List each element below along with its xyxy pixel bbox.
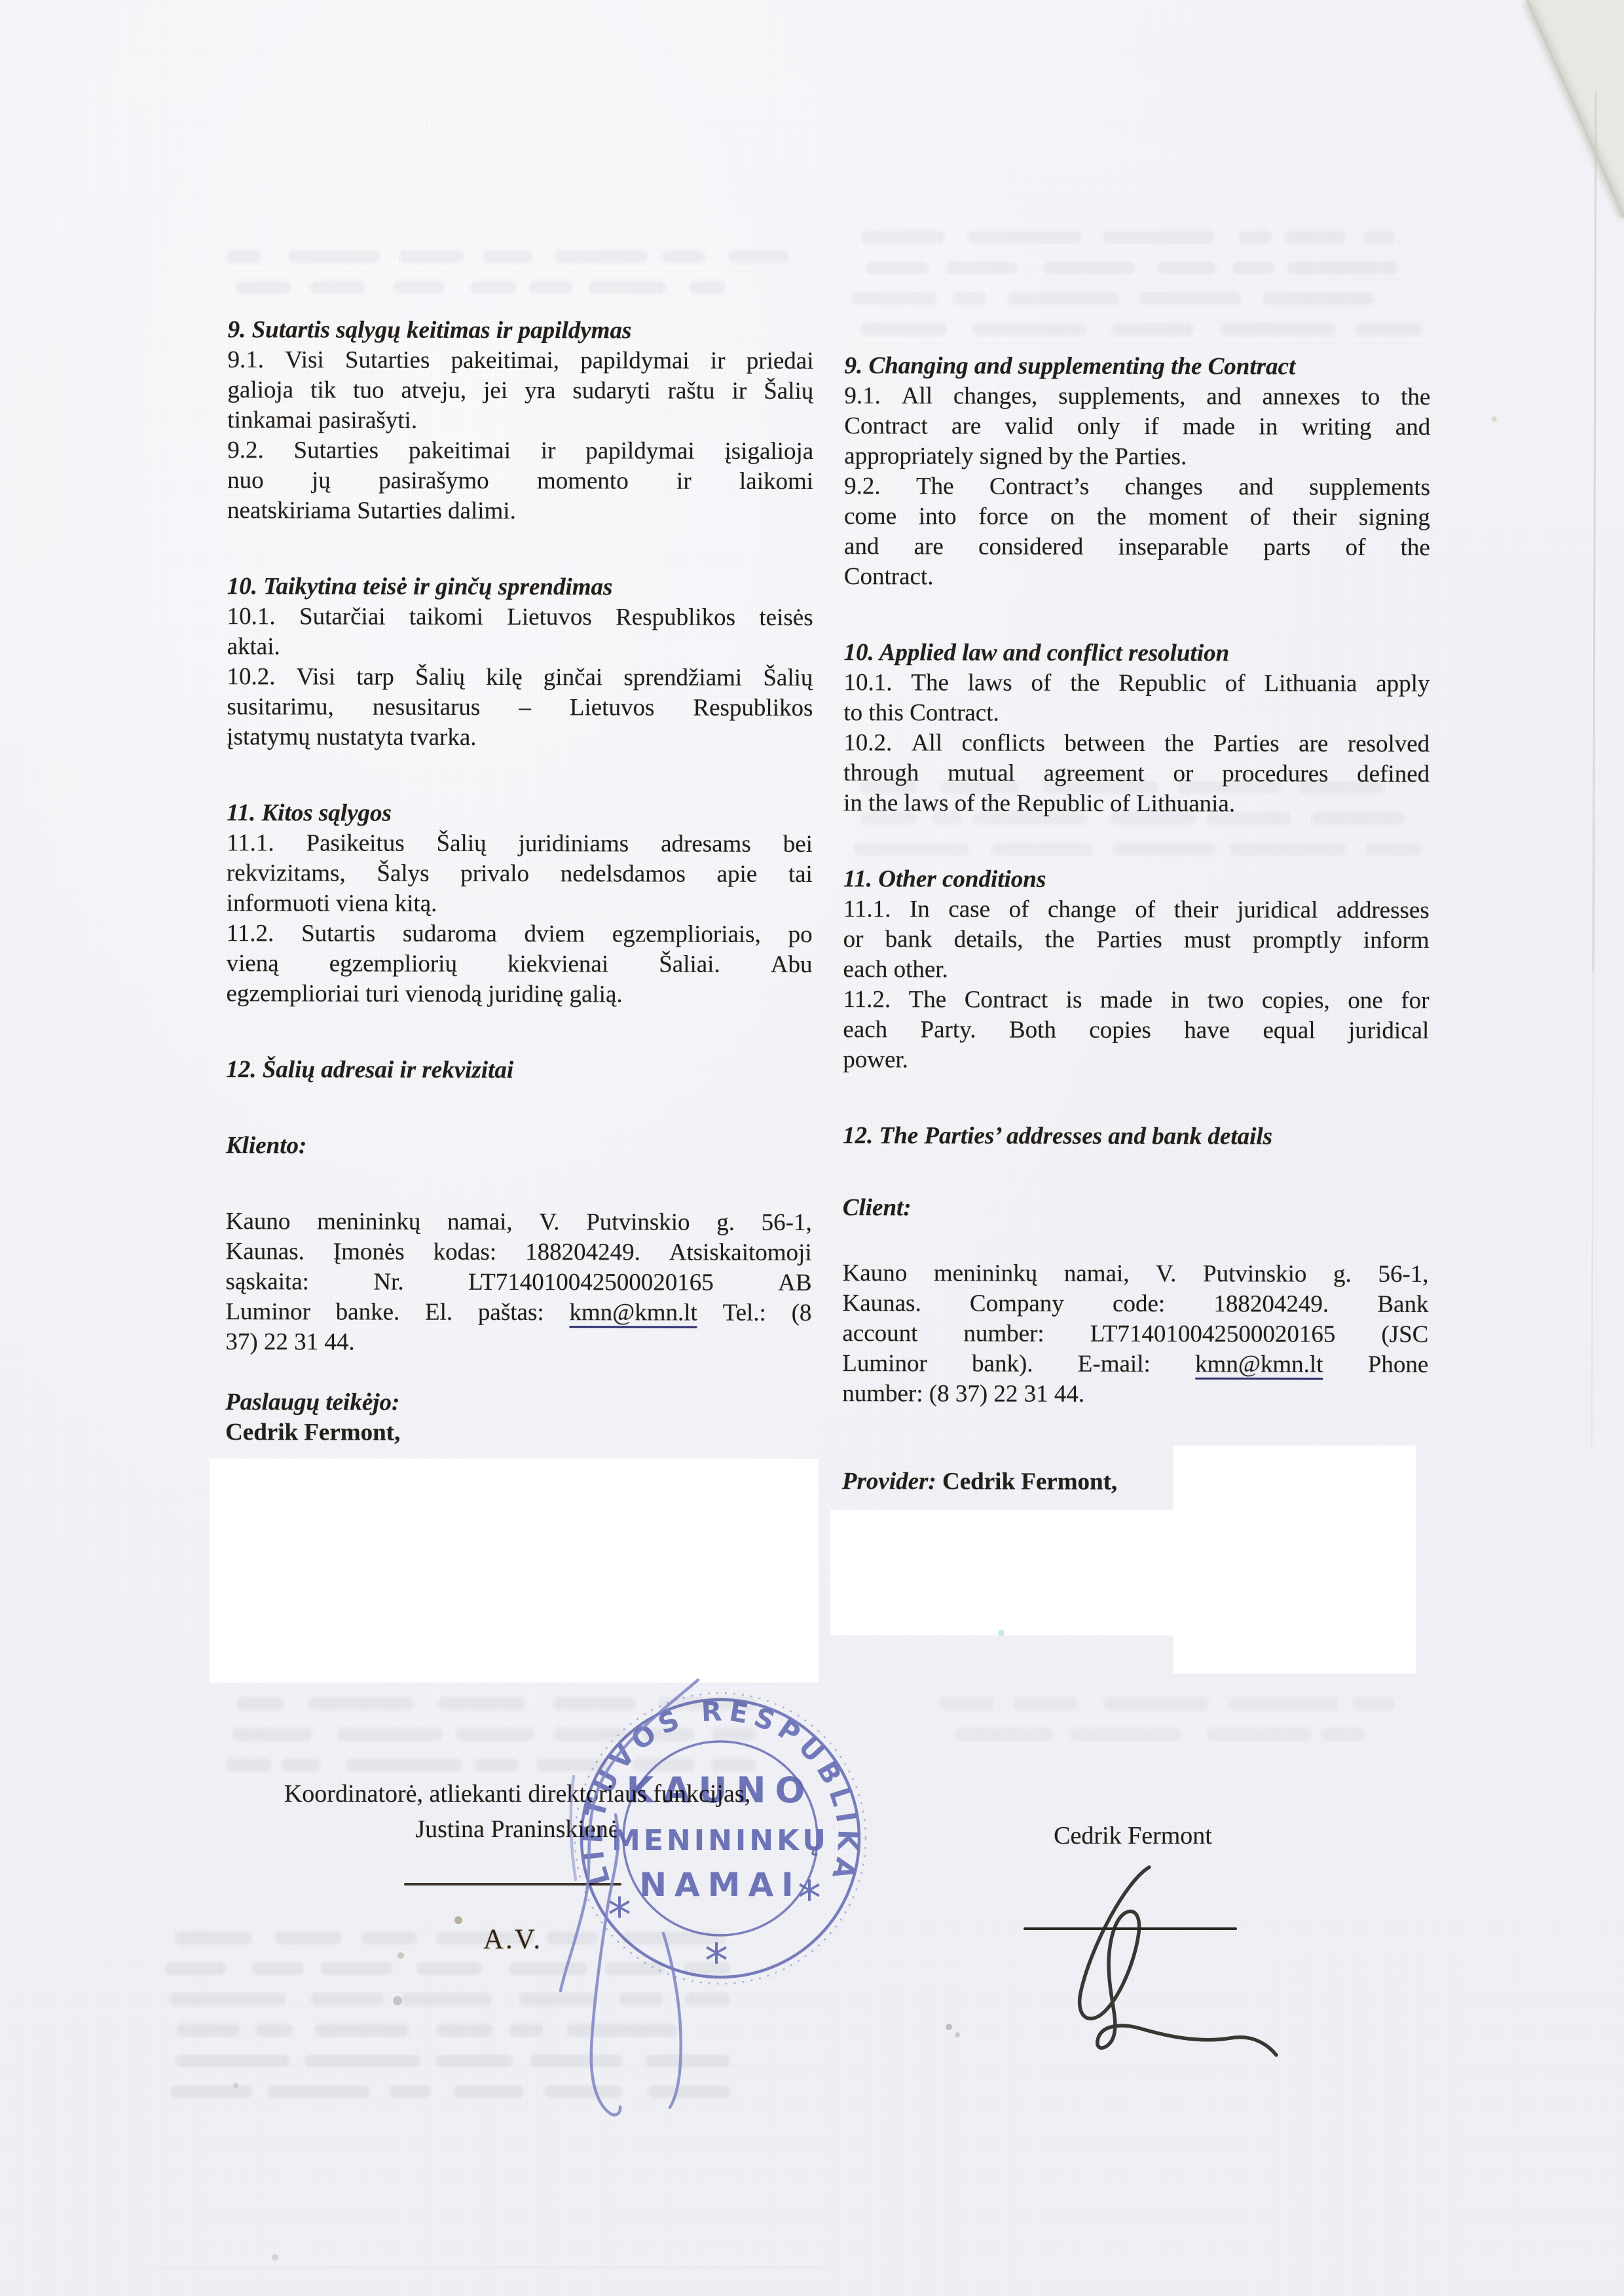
text-line: in the laws of the Republic of Lithuania… [843,788,1430,820]
word: on [1050,502,1075,532]
word: adresams [661,829,751,860]
text-line: 9.2.TheContract’schangesandsupplements [844,471,1430,503]
word: Kauno [226,1207,291,1237]
word: 56-1, [762,1208,812,1238]
word: Contract’s [989,472,1089,502]
word: sudaroma [403,919,497,949]
word: – [519,693,531,723]
text-segment [936,1468,942,1495]
text-line: Contractarevalidonlyifmadeinwritingand [844,411,1430,443]
word: dviem [524,919,585,949]
word: Parties [1096,925,1162,955]
word: egzempliorių [329,949,457,979]
word: for [1401,986,1429,1016]
word: Respublikos [693,693,813,723]
word: pakeitimai [409,436,511,466]
stamp-line-kauno: KAUNO [627,1770,815,1811]
word: apie [716,860,757,890]
word: privalo [460,859,529,889]
word: two [1208,985,1244,1015]
word: equal [1263,1015,1315,1046]
text-line: susitarimu,nesusitarus–LietuvosRespublik… [227,692,813,723]
text-line: 11.2.TheContractismadeintwocopies,onefor [843,985,1429,1016]
word: of [1135,895,1155,925]
word: made [1100,985,1153,1015]
word: bank [885,924,932,955]
word: supplements, [1058,382,1185,412]
text-line: rekvizitams,Šalysprivalonedelsdamosapiet… [227,858,813,890]
word: and [1206,382,1242,412]
word: 56-1, [1378,1260,1428,1290]
word: papildymai [580,346,690,376]
word: nedelsdamos [561,859,686,889]
text-line: power. [843,1045,1429,1076]
word: Kaunas. [842,1288,921,1319]
word: paštas: [478,1298,544,1328]
word: signing [1359,503,1430,533]
word: juridiniams [519,829,629,859]
seal-mark-av: A.V. [483,1923,542,1956]
word: (8 [792,1298,812,1328]
section-10-heading-lt: 10. Taikytina teisė ir ginčų sprendimas [227,572,813,603]
text-line: Cedrik Fermont, [225,1417,811,1449]
text-line: informuoti viena kitą. [227,888,813,920]
word: Šalių [415,663,465,693]
word: the [1401,382,1430,412]
word: 9.2. [844,471,881,501]
word: įsigalioja [724,437,813,467]
word: Sutartis [301,919,375,949]
word: priedai [747,346,814,376]
word: menininkų [934,1258,1037,1288]
word: 11.2. [227,919,274,949]
text-line: 10.1.ThelawsoftheRepublicofLithuaniaappl… [843,668,1430,699]
word: are [951,411,981,441]
word: copies [1089,1015,1151,1046]
text-line: 9.1.Allchanges,supplements,andannexestot… [844,381,1430,412]
word: through [843,758,919,788]
stamp-asterisk-bottom: * [705,1933,728,1988]
clause-9-2-en: 9.2.TheContract’schangesandsupplementsco… [844,471,1430,593]
word: The [916,471,954,501]
word: are [914,532,944,562]
text-line: Kaunomenininkųnamai,V.Putvinskiog.56-1, [843,1258,1429,1290]
word: vieną [227,949,279,979]
stamp-line-menininku: MENININKŲ [612,1824,829,1857]
word: defined [1357,759,1430,790]
word: and [1395,412,1431,443]
word: 10.1. [843,668,892,698]
text-line: aktai. [227,632,813,663]
word: Bank [1377,1290,1428,1320]
word: tarp [356,663,394,693]
word: of [1031,668,1051,699]
text-line: each other. [843,955,1430,986]
clause-11-1-en: 11.1.Incaseofchangeoftheirjuridicaladdre… [843,894,1430,986]
client-details-lt: Kaunomenininkųnamai,V.Putvinskiog.56-1,K… [225,1207,811,1358]
text-line: 10.2.VisitarpŠaliųkilęginčaisprendžiamiŠ… [227,662,813,693]
word: Šalių [764,376,813,407]
word: kiekvienai [507,949,608,979]
word: 11.1. [227,828,274,858]
word: in [1259,412,1278,442]
clause-9-1-lt: 9.1.VisiSutartiespakeitimai,papildymaiir… [227,345,813,437]
word: kodas: [434,1237,497,1267]
word: raštu [668,376,715,407]
text-line: throughmutualagreementorproceduresdefine… [843,758,1430,790]
word: Company [970,1289,1064,1319]
word: yra [525,376,555,406]
word: banke. [336,1297,400,1327]
clause-10-1-lt: 10.1.SutarčiaitaikomiLietuvosRespublikos… [227,602,813,663]
word: E-mail: [1078,1349,1151,1379]
word: 188204249. [1213,1289,1329,1319]
word: and [1238,472,1274,502]
word: supplements [1309,473,1430,503]
text-line: Kaunomenininkųnamai,V.Putvinskiog.56-1, [226,1207,812,1238]
word: Lietuvos [507,602,592,632]
text-line: 11. Kitos sąlygos [227,798,813,829]
official-round-stamp: LIETUVOS RESPUBLIKA KAUNO MENININKŲ NAMA… [564,1681,879,1995]
word: Contract [844,411,928,441]
word: Pasikeitus [306,828,405,858]
text-line: egzemplioriai turi vienodą juridinę gali… [226,979,812,1010]
word: 10.2. [843,728,892,758]
word: Sutarčiai [299,602,386,632]
text-line: 9.2.Sutartiespakeitimaiirpapildymaiįsiga… [227,435,813,467]
word: inseparable [1118,532,1229,562]
word: LT714010042500020165 [1090,1319,1336,1350]
word: into [919,501,957,532]
word: g. [716,1208,735,1238]
word: juridical [1237,895,1318,925]
word: of [1009,895,1029,925]
word: g. [1333,1260,1352,1290]
word: changes, [953,381,1038,411]
word: teisės [759,603,813,633]
word: The [909,985,947,1015]
text-segment: Provider: [842,1468,936,1495]
client-label-en: Client: [843,1193,1429,1224]
word: made [1183,412,1235,442]
section-12-heading-en: 12. The Parties’ addresses and bank deta… [843,1121,1429,1152]
text-line: 9. Sutartis sąlygų keitimas ir papildyma… [228,315,814,346]
text-line: galiojatiktuoatveju,jeiyrasudarytiraštui… [227,375,813,407]
word: case [948,894,990,924]
word: number: [963,1319,1044,1349]
word: Party. [921,1015,976,1045]
word: jei [483,376,507,406]
word: 11.2. [843,985,891,1015]
word: or [1173,759,1193,789]
word: their [1174,895,1219,925]
word: Lietuvos [570,693,655,723]
word: moment [1149,502,1228,532]
word: ir [676,467,692,497]
word: in [1171,985,1190,1015]
word: of [1346,533,1366,563]
text-line: 11. Other conditions [843,864,1430,896]
text-line: 12. Šalių adresai ir rekvizitai [226,1055,812,1086]
word: taikomi [409,602,483,632]
text-line: vienąegzemplioriųkiekvienaiŠaliai.Abu [227,949,813,980]
word: In [910,894,930,924]
redaction-box-provider-address-lt [210,1459,819,1683]
word: momento [537,466,629,496]
word: is [1066,985,1082,1015]
word: LT714010042500020165 [468,1267,714,1298]
word: AB [778,1268,812,1298]
word: Kauno [843,1258,908,1288]
word: come [844,501,896,532]
word: parts [1263,532,1310,562]
clause-9-2-lt: 9.2.Sutartiespakeitimaiirpapildymaiįsiga… [227,435,813,527]
clause-10-1-en: 10.1.ThelawsoftheRepublicofLithuaniaappl… [843,668,1430,729]
word: V. [539,1207,559,1237]
word: valid [1005,412,1054,442]
text-line: to this Contract. [843,698,1430,729]
text-line: 10. Applied law and conflict resolution [844,638,1430,669]
word: El. [425,1298,452,1328]
word: bank). [972,1349,1033,1379]
text-line: Kliento: [226,1131,812,1162]
text-line: accountnumber:LT714010042500020165(JSC [842,1319,1428,1350]
word: po [788,920,813,950]
text-line: sąskaita:Nr.LT714010042500020165AB [226,1267,812,1298]
word: Šalių [437,829,487,859]
provider-name-lt: Cedrik Fermont, [225,1417,811,1449]
word: Tel.: [723,1298,766,1328]
word: apply [1376,669,1430,699]
word: code: [1113,1289,1165,1319]
text-line: comeintoforceonthemomentoftheirsigning [844,501,1430,533]
word: the [1097,502,1126,532]
text-line: neatskiriama Sutarties dalimi. [227,496,813,527]
word: Abu [771,950,813,980]
stamp-asterisk-right: * [798,1870,821,1925]
section-11-heading-en: 11. Other conditions [843,864,1430,896]
word: Lithuania [1264,668,1357,699]
clause-10-2-lt: 10.2.VisitarpŠaliųkilęginčaisprendžiamiŠ… [227,662,813,754]
word: or [843,924,864,955]
word: 11.1. [843,894,891,924]
word: juridical [1348,1016,1429,1046]
word: papildymai [585,436,695,466]
word: Republic [1118,668,1206,699]
text-line: appropriately signed by the Parties. [844,441,1430,473]
stamp-line-namai: NAMAI [639,1866,802,1904]
word: each [843,1015,887,1045]
word: annexes [1262,382,1340,412]
word: 10.2. [227,662,275,692]
word: pasirašymo [378,466,489,496]
clause-11-2-en: 11.2.TheContractismadeintwocopies,onefor… [843,985,1429,1076]
word: and [844,532,879,562]
word: are [1299,729,1328,759]
word: 9.1. [844,381,881,411]
text-line: 9.1.VisiSutartiespakeitimai,papildymaiir… [227,345,813,376]
text-line: eachParty.Bothcopieshaveequaljuridical [843,1015,1429,1046]
word: V. [1156,1259,1176,1289]
provider-signer-name: Cedrik Fermont [1022,1821,1244,1850]
clause-10-2-en: 10.2.AllconflictsbetweenthePartiesareres… [843,728,1430,820]
word: Atsiskaitomoji [669,1238,812,1268]
column-english: 9. Changing and supplementing the Contra… [840,0,1431,2296]
word: account [842,1319,917,1349]
word: Luminor [842,1349,927,1379]
word: to [1361,382,1380,412]
word: the [1070,668,1099,699]
word: tik [310,375,336,405]
text-line: įstatymų nustatyta tvarka. [227,722,813,754]
clause-11-1-lt: 11.1.PasikeitusŠaliųjuridiniamsadresamsb… [227,828,813,920]
client-label-lt: Kliento: [226,1131,812,1162]
text-line: tinkamai pasirašyti. [227,405,813,437]
word: tai [788,860,813,890]
word: Putvinskio [586,1207,690,1237]
section-10-heading-en: 10. Applied law and conflict resolution [844,638,1430,669]
word: the [1045,925,1075,955]
clause-11-2-lt: 11.2.Sutartissudaromadviemegzemplioriais… [226,919,812,1010]
word: 9.2. [227,435,264,465]
word: changes [1125,472,1203,502]
word: mutual [948,758,1015,788]
word: details, [954,924,1024,955]
word: inform [1363,926,1430,956]
text-line: 11.1.PasikeitusŠaliųjuridiniamsadresamsb… [227,828,813,860]
word: namai, [1064,1259,1130,1289]
text-line: 11.1.Incaseofchangeoftheirjuridicaladdre… [843,894,1430,926]
word: Visi [285,345,324,375]
word: 10.1. [227,602,276,632]
client-details-en: Kaunomenininkųnamai,V.Putvinskiog.56-1,K… [842,1258,1428,1410]
word: nuo [227,465,264,496]
word: Contract [965,985,1048,1015]
clause-9-1-en: 9.1.Allchanges,supplements,andannexestot… [844,381,1430,473]
word: have [1184,1015,1230,1046]
text-line: andareconsideredinseparablepartsofthe [844,532,1430,563]
word: must [1184,925,1231,955]
word: one [1348,986,1383,1016]
word: resolved [1348,729,1430,759]
text-line: 10. Taikytina teisė ir ginčų sprendimas [227,572,813,603]
text-line: number: (8 37) 22 31 44. [842,1379,1428,1410]
word: laws [968,668,1012,698]
word: 188204249. [525,1237,640,1267]
word: Šalys [377,859,429,889]
email-text: kmn@kmn.lt [1195,1349,1323,1379]
word: Šalių [763,663,813,693]
word: rekvizitams, [227,858,346,888]
word: sąskaita: [226,1267,310,1297]
word: Šaliai. [659,950,720,980]
word: pakeitimai, [451,346,560,376]
provider-label-lt: Paslaugų teikėjo: [225,1387,811,1419]
word: 9.1. [227,345,264,375]
word: tuo [353,376,384,406]
word: promptly [1253,925,1342,955]
section-12-heading-lt: 12. Šalių adresai ir rekvizitai [226,1055,812,1086]
email-text: kmn@kmn.lt [569,1298,697,1328]
word: conflicts [962,728,1046,758]
scanned-contract-page: 9. Sutartis sąlygų keitimas ir papildyma… [0,0,1624,2296]
word: Visi [297,662,336,692]
word: Įmonės [333,1237,405,1267]
section-11-heading-lt: 11. Kitos sąlygos [227,798,813,829]
word: namai, [447,1207,513,1237]
word: All [902,381,932,411]
word: agreement [1044,759,1145,789]
word: Sutarties [293,435,378,465]
word: nesusitarus [373,693,481,723]
word: change [1048,895,1116,925]
word: (JSC [1381,1320,1428,1350]
stamp-asterisk-left: * [608,1887,631,1942]
text-line: orbankdetails,thePartiesmustpromptlyinfo… [843,924,1430,956]
word: atveju, [401,376,466,406]
word: the [1164,729,1194,759]
text-line: 10.1.SutarčiaitaikomiLietuvosRespublikos… [227,602,813,633]
word: addresses [1337,896,1430,926]
word: kilę [486,663,523,693]
word: menininkų [317,1207,420,1237]
text-line: Kaunas.Companycode:188204249.Bank [842,1288,1428,1320]
word: copies, [1262,985,1330,1015]
word: Phone [1368,1350,1429,1380]
section-9-heading-lt: 9. Sutartis sąlygų keitimas ir papildyma… [228,315,814,346]
word: Both [1009,1015,1056,1046]
word: ginčai [544,663,603,693]
word: force [978,502,1028,532]
text-line: 12. The Parties’ addresses and bank deta… [843,1121,1429,1152]
word: ir [732,376,747,407]
word: Luminor [225,1297,310,1327]
text-line: Luminorbanke.El.paštas:kmn@kmn.ltTel.:(8 [225,1297,811,1328]
word: the [1401,533,1430,563]
word: writing [1302,412,1372,443]
word: between [1064,729,1145,759]
word: Parties [1213,729,1280,759]
text-line: Paslaugų teikėjo: [225,1387,811,1419]
text-line: Luminorbank).E-mail:kmn@kmn.ltPhone [842,1349,1428,1380]
word: procedures [1222,759,1328,789]
word: The [911,668,949,698]
word: Respublikos [616,602,735,632]
text-line: Client: [843,1193,1429,1224]
word: laikomi [739,467,813,497]
word: sprendžiami [623,663,742,693]
text-line: nuojųpasirašymomomentoirlaikomi [227,465,813,497]
word: Sutarties [345,346,430,376]
word: galioja [227,375,293,405]
text-line: 9. Changing and supplementing the Contra… [844,351,1430,382]
word: if [1144,412,1159,442]
section-9-heading-en: 9. Changing and supplementing the Contra… [844,351,1430,382]
signature-line-right [1024,1927,1237,1930]
word: ir [710,346,726,376]
text-line: 37) 22 31 44. [225,1327,811,1358]
word: ir [541,436,556,466]
word: egzemplioriais, [612,919,761,949]
word: Kaunas. [226,1237,304,1267]
word: Nr. [373,1267,403,1298]
word: Putvinskio [1203,1259,1306,1289]
word: jų [312,465,331,496]
word: only [1077,412,1120,442]
word: of [1250,502,1270,532]
redaction-box-provider-address-en [830,1510,1416,1635]
word: considered [978,532,1083,562]
